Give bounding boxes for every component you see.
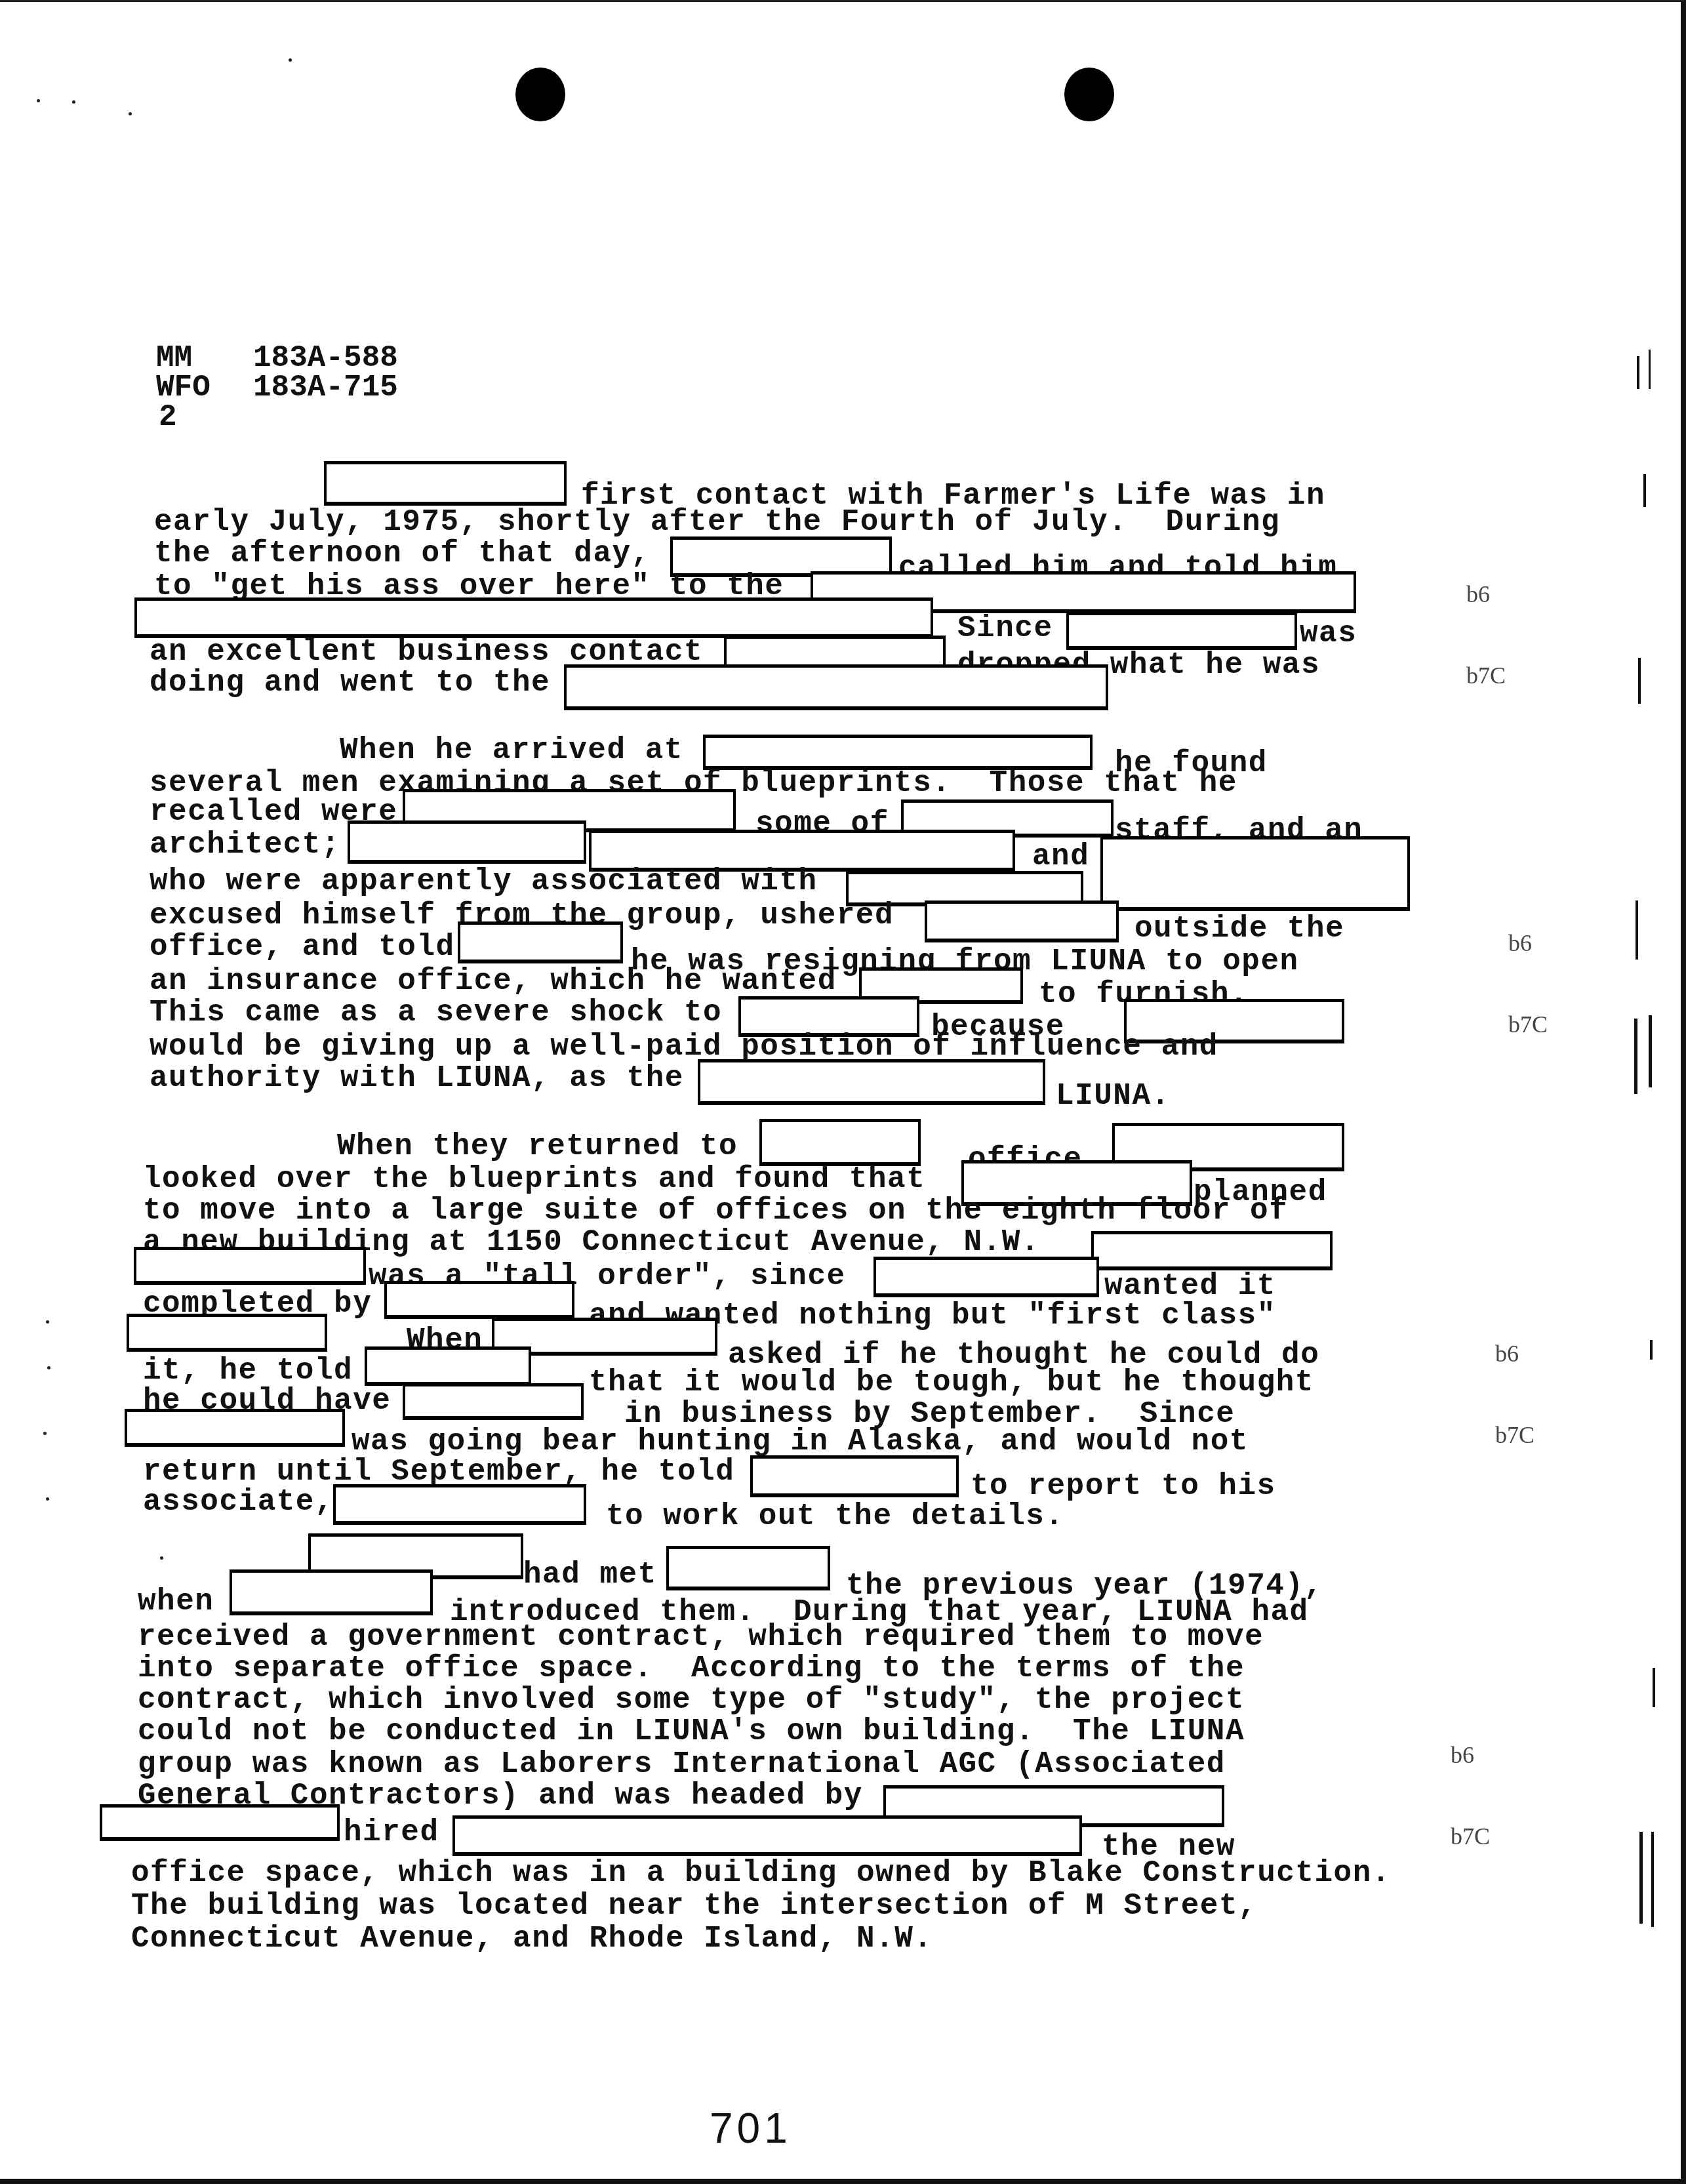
exemption-code: b7C — [1466, 662, 1506, 689]
header-office-mm: MM — [156, 343, 192, 373]
text-line: had met — [523, 1560, 657, 1590]
exemption-code: b7C — [1451, 1823, 1490, 1850]
scan-speck — [37, 99, 40, 102]
text-line: group was known as Laborers Internationa… — [138, 1749, 1226, 1779]
text-line: into separate office space. According to… — [138, 1653, 1245, 1684]
redaction-box — [403, 1383, 584, 1420]
text-line: return until September, he told — [143, 1457, 734, 1487]
text-line: associate, — [143, 1487, 334, 1517]
exemption-code: b7C — [1508, 1011, 1548, 1038]
binder-hole-left — [515, 68, 565, 121]
redaction-box — [348, 820, 586, 864]
margin-mark — [1639, 1832, 1643, 1924]
margin-mark — [1649, 350, 1651, 389]
header-file-wfo: 183A-715 — [253, 373, 398, 403]
text-line: was going bear hunting in Alaska, and wo… — [351, 1426, 1249, 1457]
text-line: Connecticut Avenue, and Rhode Island, N.… — [131, 1924, 933, 1954]
redaction-box — [750, 1455, 959, 1497]
redaction-box — [125, 1409, 345, 1447]
redaction-box — [724, 636, 946, 668]
text-line: was — [1300, 618, 1357, 649]
margin-mark — [1653, 1668, 1655, 1707]
margin-mark — [1637, 356, 1639, 389]
text-line: When they returned to — [337, 1131, 738, 1162]
text-line: the afternoon of that day, — [154, 538, 651, 569]
redaction-box — [100, 1804, 340, 1841]
text-line: early July, 1975, shortly after the Four… — [154, 507, 1280, 537]
text-line: authority with LIUNA, as the — [150, 1063, 684, 1093]
margin-mark — [1651, 1832, 1654, 1927]
scan-speck — [72, 100, 75, 104]
text-line: outside the — [1134, 914, 1344, 944]
redaction-box — [230, 1569, 433, 1615]
margin-mark — [1636, 900, 1638, 960]
header-office-wfo: WFO — [156, 373, 211, 403]
redaction-box — [384, 1281, 574, 1319]
redaction-box — [324, 461, 567, 506]
margin-mark — [1638, 658, 1641, 704]
scan-speck — [47, 1366, 50, 1369]
redaction-box — [666, 1546, 830, 1590]
exemption-codes: b6 b7C — [1495, 1286, 1535, 1503]
text-line: received a government contract, which re… — [138, 1622, 1264, 1652]
scan-speck — [289, 58, 292, 62]
text-line: office space, which was in a building ow… — [131, 1858, 1391, 1888]
redaction-box — [1066, 612, 1297, 650]
redaction-box — [703, 735, 1093, 770]
text-line: to move into a large suite of offices on… — [143, 1196, 1288, 1226]
margin-mark — [1649, 1015, 1652, 1087]
exemption-code: b7C — [1495, 1422, 1535, 1449]
text-line: and — [1032, 841, 1089, 872]
redaction-box — [458, 921, 623, 963]
redaction-box — [564, 664, 1108, 710]
text-line: This came as a severe shock to — [150, 998, 722, 1028]
text-line: contract, which involved some type of "s… — [138, 1685, 1245, 1715]
redaction-box — [452, 1815, 1082, 1856]
text-line: looked over the blueprints and found tha… — [143, 1164, 925, 1194]
text-line: who were apparently associated with — [150, 866, 818, 897]
text-line: it, he told — [143, 1356, 353, 1386]
scan-speck — [160, 1556, 163, 1560]
exemption-codes: b6 b7C — [1466, 527, 1506, 744]
header-page-label: 2 — [159, 402, 177, 432]
redaction-box — [134, 1247, 366, 1285]
scan-speck — [46, 1320, 49, 1324]
margin-mark — [1650, 1340, 1653, 1360]
text-line: Since — [957, 613, 1053, 643]
exemption-codes: b6 b7C — [1508, 876, 1548, 1093]
exemption-code: b6 — [1466, 581, 1506, 608]
text-line: that it would be tough, but he thought — [589, 1367, 1314, 1398]
redaction-box — [333, 1484, 586, 1525]
text-line: would be giving up a well-paid position … — [150, 1032, 1218, 1062]
redaction-box — [759, 1119, 921, 1166]
text-line: could not be conducted in LIUNA's own bu… — [138, 1716, 1245, 1747]
scan-speck — [43, 1432, 47, 1435]
margin-mark — [1643, 474, 1646, 507]
binder-hole-right — [1064, 68, 1114, 121]
text-line: when — [138, 1587, 214, 1617]
document-page: MM 183A-588 WFO 183A-715 2 first contact… — [0, 0, 1686, 2184]
exemption-code: b6 — [1451, 1742, 1490, 1769]
redaction-box — [925, 900, 1119, 942]
text-line: doing and went to the — [150, 668, 550, 698]
text-line: When he arrived at — [340, 735, 683, 765]
redaction-box — [127, 1314, 327, 1352]
redaction-box — [365, 1346, 531, 1386]
text-line: LIUNA. — [1056, 1081, 1171, 1111]
text-line: to work out the details. — [606, 1501, 1064, 1531]
text-line: architect; — [150, 830, 340, 860]
text-line: an excellent business contact — [150, 637, 703, 667]
redaction-box — [698, 1059, 1045, 1105]
redaction-box — [1100, 836, 1410, 911]
text-line: to report to his — [971, 1471, 1276, 1501]
margin-mark — [1634, 1019, 1637, 1094]
scan-speck — [129, 112, 132, 115]
text-line: wanted it — [1104, 1271, 1276, 1301]
exemption-code: b6 — [1495, 1341, 1535, 1367]
redaction-box — [1091, 1231, 1333, 1270]
scan-speck — [46, 1497, 49, 1501]
page-number: 701 — [710, 2104, 792, 2153]
exemption-codes: b6 b7C — [1451, 1688, 1490, 1905]
header-file-mm: 183A-588 — [253, 343, 398, 373]
redaction-box — [873, 1257, 1099, 1297]
text-line: office, and told — [150, 932, 455, 962]
scan-edge — [0, 2179, 1681, 2184]
text-line: The building was located near the inters… — [131, 1891, 1257, 1921]
text-line: hired — [344, 1817, 439, 1848]
exemption-code: b6 — [1508, 930, 1548, 957]
text-line: an insurance office, which he wanted — [150, 966, 837, 996]
redaction-box — [134, 597, 933, 638]
